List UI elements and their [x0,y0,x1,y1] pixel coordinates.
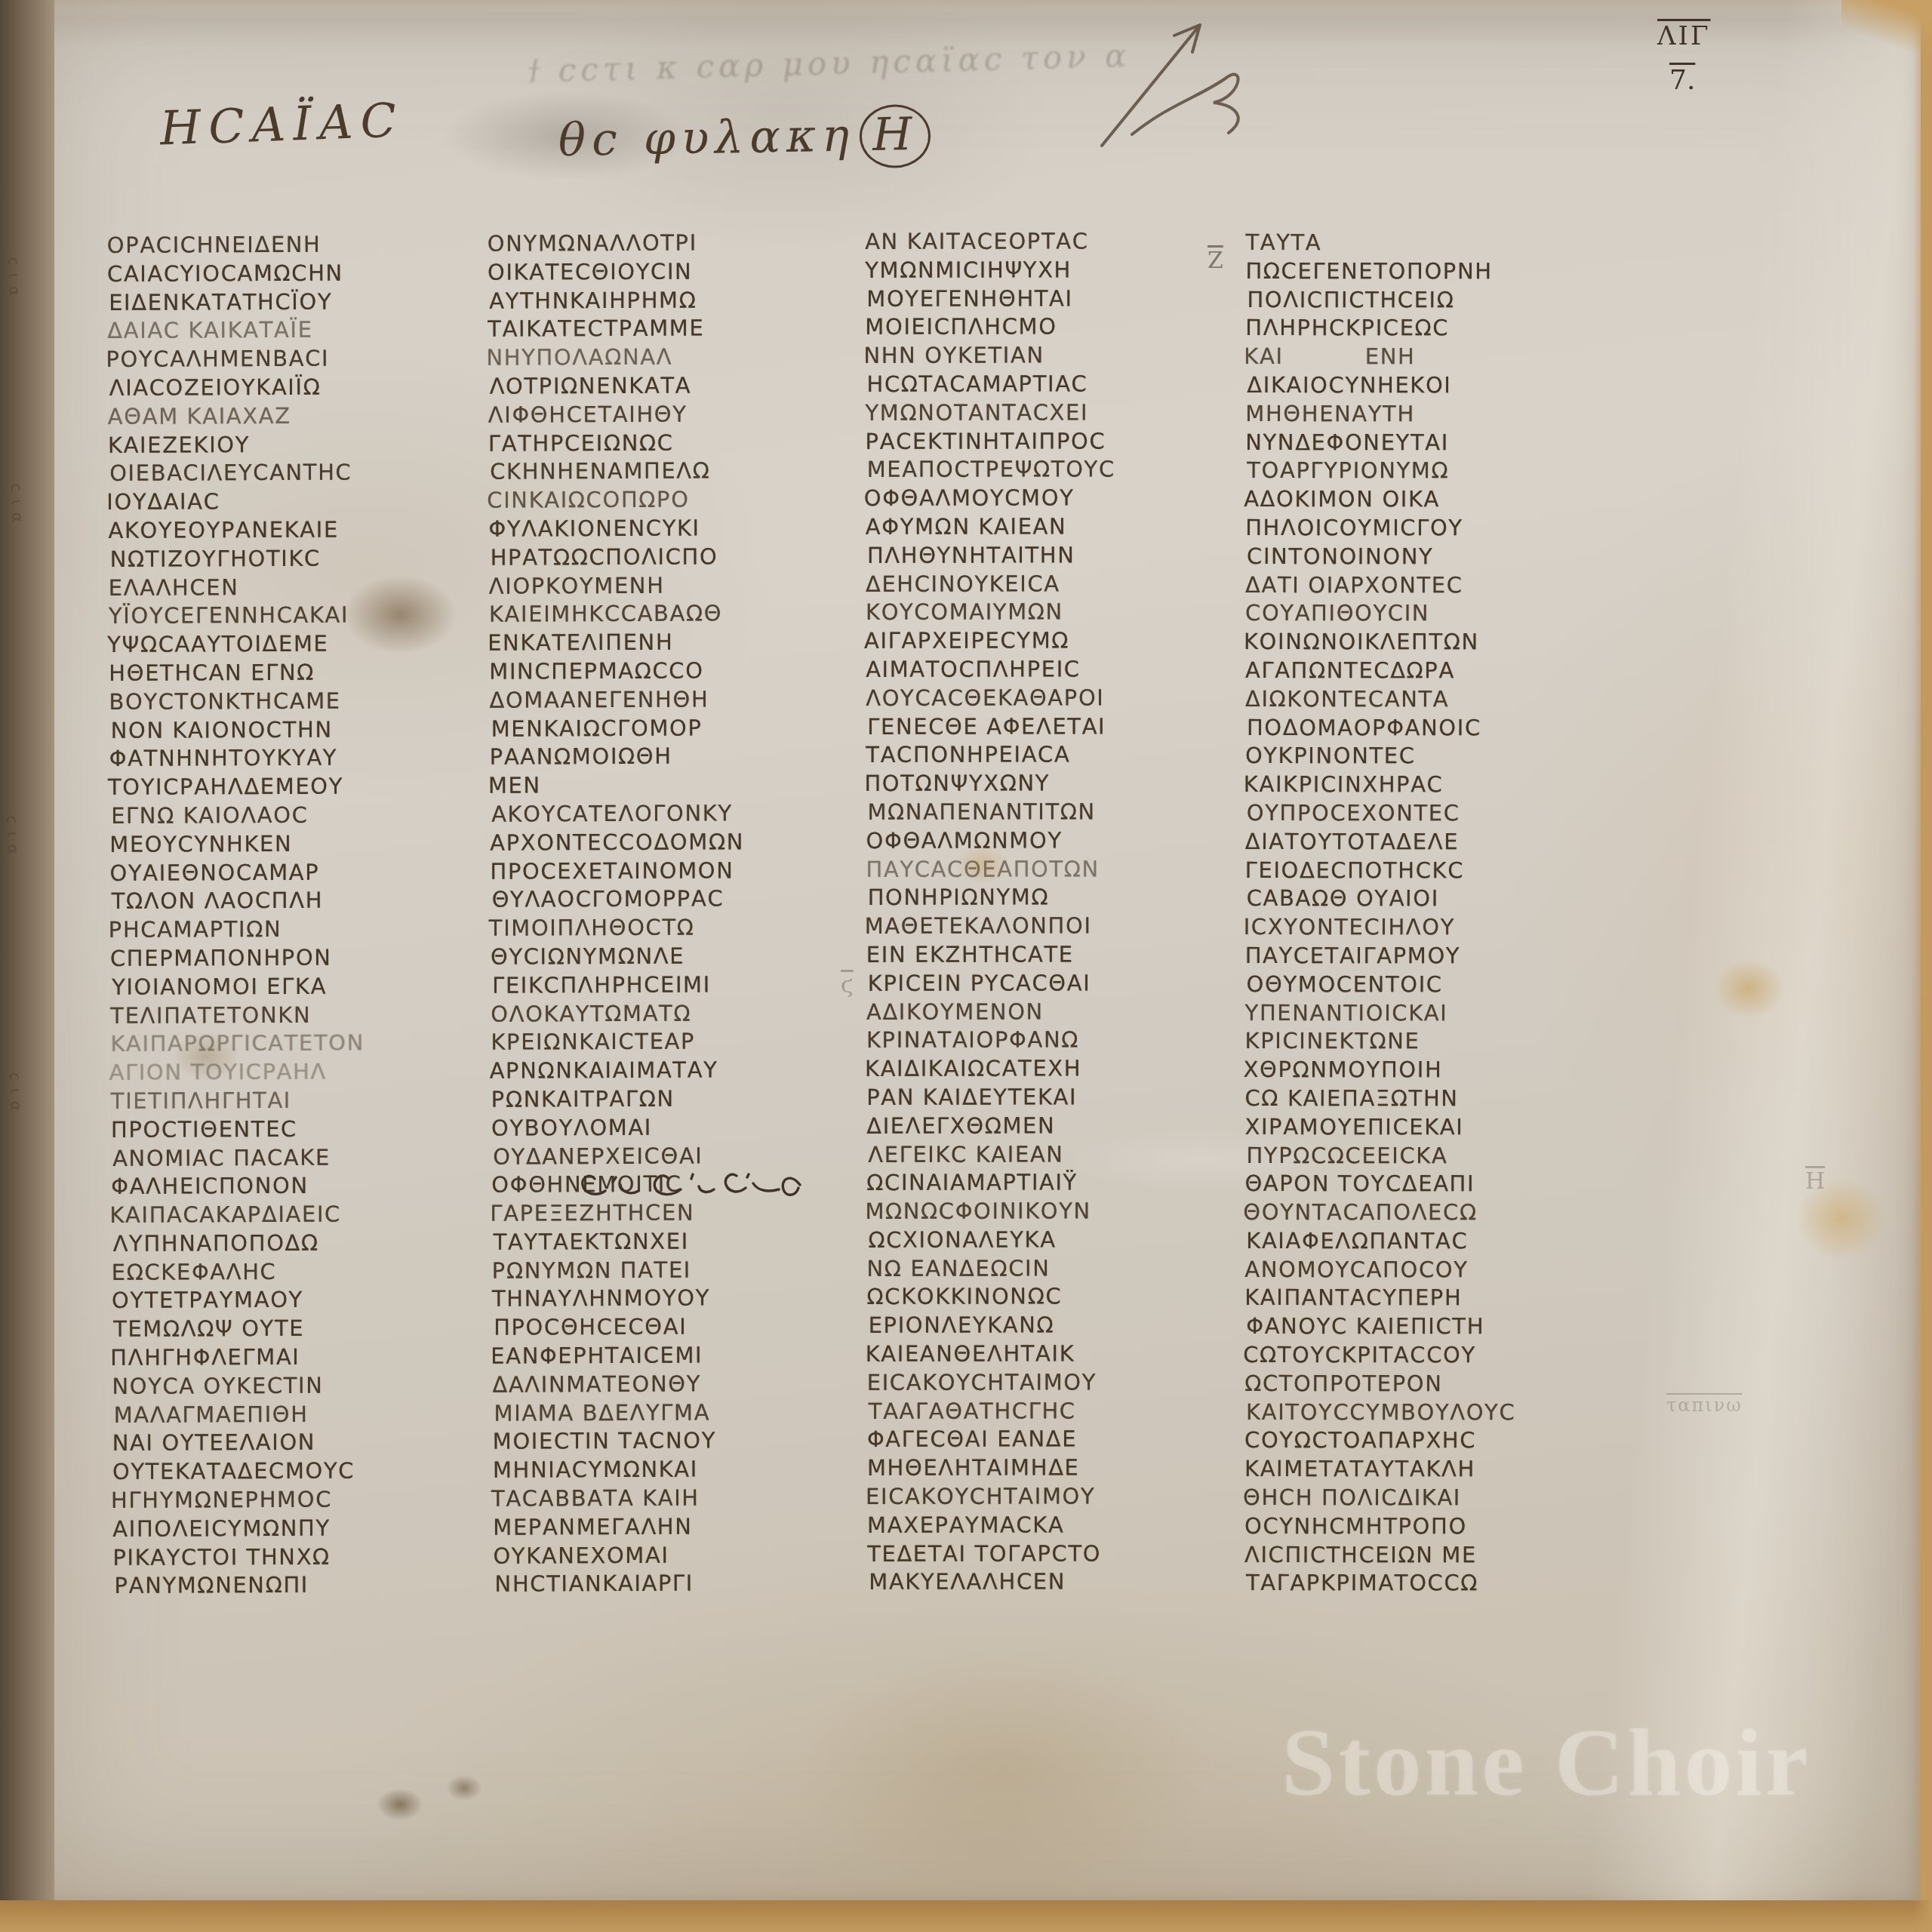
text-line: ΜΗΘΗΕΝΑΥΤΗ [1245,400,1623,429]
text-line: ϹΩ ΚΑΙΕΠΑΞΩΤΗΝ [1244,1084,1622,1113]
text-line: ΜΗΘΕΛΗΤΑΙΜΗΔΕ [867,1454,1244,1483]
text-line: ΟΛΟΚΑΥΤΩΜΑΤΩ [491,998,868,1029]
text-line: ΑΘΑΜ ΚΑΙΑΧΑΖ [108,401,485,432]
text-line: ΝΩ ΕΑΝΔΕΩϹΙΝ [866,1254,1244,1284]
text-line: ΗϹΩΤΑϹΑΜΑΡΤΙΑϹ [866,370,1244,399]
text-line: ΠΟΔΟΜΑΟΡΦΑΝΟΙϹ [1247,714,1624,743]
text-line: ΚΑΙΑΦΕΛΩΠΑΝΤΑϹ [1246,1227,1623,1256]
text-line: ΔΙΑΤΟΥΤΟΤΑΔΕΛΕ [1245,828,1623,857]
text-line: ΛΟΥϹΑϹΘΕΚΑΘΑΡΟΙ [866,684,1243,713]
text-line: ΑΙΠΟΛΕΙϹΥΜΩΝΠΥ [112,1514,490,1544]
text-line: ΟΥΚΡΙΝΟΝΤΕϹ [1245,742,1623,771]
text-line: ΜΩΝΩϹΦΟΙΝΙΚΟΥΝ [865,1197,1242,1226]
text-line: ΚΑΙΠΑΡΩΡΓΙϹΑΤΕΤΟΝ [110,1029,488,1059]
text-line: ΝΩΤΙΖΟΥΓΗΟΤΙΚϹ [110,544,488,574]
text-line: ΕΝΚΑΤΕΛΙΠΕΝΗ [488,628,865,658]
text-line: ΥΠΕΝΑΝΤΙΟΙϹΚΑΙ [1245,999,1623,1028]
text-line: ΚΑΙΕΖΕΚΙΟΥ [108,429,485,460]
text-line: ΑΝ ΚΑΙΤΑϹΕΟΡΤΑϹ [865,227,1242,257]
text-line: ΡΗϹΑΜΑΡΤΙΩΝ [109,915,486,945]
text-line: ΠΗΛΟΙϹΟΥΜΙϹΓΟΥ [1245,514,1623,543]
text-line: ΠΟΝΗΡΙΩΝΥΜΩ [868,883,1245,912]
text-line: ΡΩΝΥΜΩΝ ΠΑΤΕΙ [492,1255,869,1285]
text-line: ΜΟΙΕϹΤΙΝ ΤΑϹΝΟΥ [493,1426,870,1457]
text-line: ΚΟΥϹΟΜΑΙΥΜΩΝ [866,598,1243,627]
text-line: ϹΩΤΟΥϹΚΡΙΤΑϹϹΟΥ [1243,1341,1620,1370]
text-line: ΤΙΕΤΙΠΛΗΓΗΤΑΙ [111,1086,488,1116]
text-line: ΤΟΑΡΓΥΡΙΟΝΥΜΩ [1247,457,1624,485]
text-line: ΝΗΥΠΟΛΑΩΝΑΛ [486,343,863,373]
text-line: ΝΥΝΔΕΦΟΝΕΥΤΑΙ [1245,429,1623,457]
text-line: ΚΑΙ ΕΝΗ [1244,343,1621,371]
arabic-gloss [560,1162,809,1204]
stone-choir-watermark: Stone Choir [1281,1707,1811,1818]
text-column-2: ΟΝΥΜΩΝΑΛΛΟΤΡΙΟΙΚΑΤΕϹΘΙΟΥϹΙΝΑΥΤΗΝΚΑΙΗΡΗΜΩ… [488,229,871,1599]
text-line: ΔΙΚΑΙΟϹΥΝΗΕΚΟΙ [1247,371,1624,400]
text-line: ΛΙϹΠΙϹΤΗϹΕΙΩΝ ΜΕ [1244,1541,1622,1570]
text-line: ΔΕΗϹΙΝΟΥΚΕΙϹΑ [866,570,1243,599]
text-line: ΜΙΑΜΑ ΒΔΕΛΥΓΜΑ [494,1398,872,1428]
text-line: ΠΑΥϹΕΤΑΙΓΑΡΜΟΥ [1245,942,1623,971]
text-line: ΔΑΤΙ ΟΙΑΡΧΟΝΤΕϹ [1245,571,1623,600]
text-line: ΗΘΕΤΗϹΑΝ ΕΓΝΩ [109,658,486,688]
text-line: ΤΕΛΙΠΑΤΕΤΟΝΚΝ [110,1000,488,1030]
text-line: ΟϹΥΝΗϹΜΗΤΡΟΠΟ [1244,1512,1622,1541]
text-line: ΘΗϹΗ ΠΟΛΙϹΔΙΚΑΙ [1243,1484,1620,1512]
text-line: ΦΑΛΗΕΙϹΠΟΝΟΝ [111,1171,488,1201]
text-line: ΛΙΦΘΗϹΕΤΑΙΗΘΥ [488,399,866,429]
text-line: ϹΚΗΝΗΕΝΑΜΠΕΛΩ [490,457,867,487]
text-line: ΑΚΟΥΕΟΥΡΑΝΕΚΑΙΕ [108,515,485,546]
text-line: ΦΑΝΟΥϹ ΚΑΙΕΠΙϹΤΗ [1246,1312,1623,1341]
text-line: ΧΙΡΑΜΟΥΕΠΙϹΕΚΑΙ [1244,1113,1622,1142]
text-line: ΦΥΛΑΚΙΟΝΕΝϹΥΚΙ [488,514,866,544]
text-line: ΤΑΓΑΡΚΡΙΜΑΤΟϹϹΩ [1246,1570,1623,1598]
text-line: ΤΑϹΠΟΝΗΡΕΙΑϹΑ [866,740,1243,770]
text-line: ΔΑΙΑϹ ΚΑΙΚΑΤΑΪΕ [107,315,485,346]
text-line: ΟΥΤΕΚΑΤΑΔΕϹΜΟΥϹ [112,1457,490,1487]
text-line: ΟΦΘΑΛΜΩΝΜΟΥ [866,826,1243,856]
text-line: ΜΑΚΥΕΛΑΛΗϹΕΝ [869,1567,1246,1597]
text-line: ΚΡΙϹΕΙΝ ΡΥϹΑϹΘΑΙ [868,969,1245,998]
text-line: ΚΑΙΠΑϹΑΚΑΡΔΙΑΕΙϹ [109,1200,487,1230]
text-line: ΓΑΤΗΡϹΕΙΩΝΩϹ [488,428,866,458]
text-line: ΠΟΤΩΝΨΥΧΩΝΥ [864,769,1241,798]
text-block: ΟΡΑϹΙϹΗΝΕΙΔΕΝΗϹΑΙΑϹΥΙΟϹΑΜΩϹΗΝΕΙΔΕΝΚΑΤΑΤΗ… [0,0,1932,1932]
text-line: ΠΡΟϹΕΧΕΤΑΙΝΟΜΟΝ [490,856,867,886]
text-line: ΠΛΗΘΥΝΗΤΑΙΤΗΝ [867,541,1244,571]
text-line: ϹΑΙΑϹΥΙΟϹΑΜΩϹΗΝ [107,259,485,289]
text-line: ΤΩΛΟΝ ΛΑΟϹΠΛΗ [112,886,489,916]
text-line: ΟΥΤΕΤΡΑΥΜΑΟΥ [112,1285,489,1315]
text-line: ϹΠΕΡΜΑΠΟΝΗΡΟΝ [110,943,488,974]
text-line: ΟΘΥΜΟϹΕΝΤΟΙϹ [1247,971,1624,999]
text-line: ΘΑΡΟΝ ΤΟΥϹΔΕΑΠΙ [1244,1170,1622,1198]
text-line: ΕΓΝΩ ΚΑΙΟΛΑΟϹ [111,801,488,831]
text-line: ΜΕΝΚΑΙΩϹΓΟΜΟΡ [491,713,869,743]
text-line: ΟΡΑϹΙϹΗΝΕΙΔΕΝΗ [107,230,485,260]
page-edge-right [1914,0,1932,1932]
text-line: ΜΟΥΕΓΕΝΗΘΗΤΑΙ [866,285,1244,314]
text-line: ΡΑΑΝΩΜΟΙΩΘΗ [490,742,867,772]
text-line: ΑΡΧΟΝΤΕϹϹΟΔΟΜΩΝ [490,827,867,857]
text-line: ΩϹΙΝΑΙΑΜΑΡΤΙΑΙΫ [866,1168,1244,1198]
text-line: ΠΡΟϹΘΗϹΕϹΘΑΙ [494,1312,871,1343]
text-line: ΜΙΝϹΠΕΡΜΑΩϹϹΟ [489,657,866,687]
text-line: ΟΥΒΟΥΛΟΜΑΙ [491,1112,869,1143]
text-line: ΠΩϹΕΓΕΝΕΤΟΠΟΡΝΗ [1245,257,1623,286]
text-line: ΩϹΚΟΚΚΙΝΟΝΩϹ [867,1283,1244,1312]
text-line: ΤΑΥΤΑΕΚΤΩΝΧΕΙ [494,1226,871,1257]
text-line: ΥΙΟΙΑΝΟΜΟΙ ΕΓΚΑ [112,971,489,1001]
text-line: ϹΟΥΩϹΤΟΑΠΑΡΧΗϹ [1244,1427,1622,1456]
text-line: ΚΟΙΝΩΝΟΙΚΛΕΠΤΩΝ [1244,628,1621,657]
text-line: ΤΟΥΙϹΡΑΗΛΔΕΜΕΟΥ [108,772,485,802]
text-line: ΤΗΝΑΥΛΗΝΜΟΥΟΥ [492,1284,869,1314]
text-line: ΤΑϹΑΒΒΑΤΑ ΚΑΙΗ [491,1484,869,1514]
text-line: ΘΥϹΙΩΝΥΜΩΝΛΕ [491,941,868,971]
text-line: ΚΑΙΠΑΝΤΑϹΥΠΕΡΗ [1244,1284,1622,1313]
text-line: ΝΟΥϹΑ ΟΥΚΕϹΤΙΝ [112,1371,489,1401]
text-line: ΜΕΡΑΝΜΕΓΑΛΗΝ [493,1512,870,1542]
text-column-3: ΑΝ ΚΑΙΤΑϹΕΟΡΤΑϹΥΜΩΝΜΙϹΙΗΨΥΧΗΜΟΥΕΓΕΝΗΘΗΤΑ… [865,227,1244,1597]
text-line: ΑΓΑΠΩΝΤΕϹΔΩΡΑ [1245,657,1623,685]
text-line: ΑΝΟΜΙΑϹ ΠΑϹΑΚΕ [112,1143,490,1173]
text-line: ΟΝΥΜΩΝΑΛΛΟΤΡΙ [488,229,865,259]
text-line: ΚΑΙΔΙΚΑΙΩϹΑΤΕΧΗ [865,1054,1242,1084]
text-line: ΜΩΝΑΠΕΝΑΝΤΙΤΩΝ [867,798,1244,827]
text-line: ΜΑΛΑΓΜΑΕΠΙΘΗ [114,1399,491,1429]
text-line: ΟΦΘΑΛΜΟΥϹΜΟΥ [864,484,1241,513]
text-line: ΤΕΜΩΛΩΨ ΟΥΤΕ [113,1314,491,1344]
text-line: ΜΕΟΥϹΥΝΗΚΕΝ [109,829,487,860]
text-line: ΔΟΜΑΑΝΕΓΕΝΗΘΗ [489,685,866,715]
manuscript-photo: ϲ ι α ϲ ι α ϲ ι α ϲ ι α ϯ ϲϲτι κ ϲαρ μου… [0,0,1932,1932]
text-line: ΕΙΔΕΝΚΑΤΑΤΗϹΪΟΥ [109,287,486,317]
text-line: ΕΙϹΑΚΟΥϹΗΤΑΙΜΟΥ [867,1368,1244,1398]
text-line: ϹΙΝΚΑΙΩϹΟΠΩΡΟ [487,485,864,515]
text-line: ΑΦΥΜΩΝ ΚΑΙΕΑΝ [866,512,1243,542]
text-line: ΛΙΑϹΟΖΕΙΟΥΚΑΙΪΩ [109,373,487,403]
text-column-1: ΟΡΑϹΙϹΗΝΕΙΔΕΝΗϹΑΙΑϹΥΙΟϹΑΜΩϹΗΝΕΙΔΕΝΚΑΤΑΤΗ… [107,230,491,1601]
text-line: ΚΑΙΕΙΜΗΚϹϹΑΒΑΩΘ [489,599,866,629]
text-line: ΡΩΝΚΑΙΤΡΑΓΩΝ [491,1084,869,1114]
text-line: ΓΕΙΚϹΠΛΗΡΗϹΕΙΜΙ [492,970,869,1000]
text-line: ΚΑΙΜΕΤΑΤΑΥΤΑΚΛΗ [1244,1455,1622,1484]
text-line: ΛΕΓΕΙΚϹ ΚΑΙΕΑΝ [868,1140,1245,1170]
text-line: ΠΡΟϹΤΙΘΕΝΤΕϹ [111,1114,488,1144]
text-line: ΧΘΡΩΝΜΟΥΠΟΙΗ [1244,1056,1621,1084]
text-line: ΕΡΙΟΝΛΕΥΚΑΝΩ [869,1311,1246,1340]
text-line: ϹΑΒΑΩΘ ΟΥΑΙΟΙ [1247,884,1624,913]
text-line: ΤΑΑΓΑΘΑΤΗϹΓΗϹ [869,1397,1246,1426]
text-line: ΠΛΗΓΗΦΛΕΓΜΑΙ [110,1343,488,1373]
text-line: ΜΑΘΕΤΕΚΑΛΟΝΠΟΙ [865,912,1242,941]
text-line: ΛΟΤΡΙΩΝΕΝΚΑΤΑ [490,371,867,401]
text-line: ϹΙΝΤΟΝΟΙΝΟΝΥ [1247,543,1624,571]
text-line: ΡΑϹΕΚΤΙΝΗΤΑΙΠΡΟϹ [866,427,1243,457]
text-line: ΟΥΠΡΟϹΕΧΟΝΤΕϹ [1247,799,1624,828]
text-line: ΑΔΙΚΟΥΜΕΝΟΝ [866,998,1244,1027]
text-line: ΕΙϹΑΚΟΥϹΗΤΑΙΜΟΥ [866,1482,1243,1512]
text-line: ΕΙΝ ΕΚΖΗΤΗϹΑΤΕ [866,940,1244,970]
text-line: ΜΕΑΠΟϹΤΡΕΨΩΤΟΥϹ [867,455,1244,485]
text-line: ΥΜΩΝΟΤΑΝΤΑϹΧΕΙ [866,398,1243,428]
text-line: ΜΗΝΙΑϹΥΜΩΝΚΑΙ [493,1455,870,1485]
text-line: ΚΡΙϹΙΝΕΚΤΩΝΕ [1245,1027,1623,1056]
text-line: ΠΟΛΙϹΠΙϹΤΗϹΕΙΩ [1247,286,1624,315]
text-line: ΠΛΗΡΗϹΚΡΙϹΕΩϹ [1245,314,1623,343]
text-line: ΥΨΩϹΑΑΥΤΟΙΔΕΜΕ [107,629,485,660]
text-line: ΑΝΟΜΟΥϹΑΠΟϹΟΥ [1244,1256,1622,1284]
book-board-bottom [0,1900,1932,1932]
text-line: ΓΕΙΟΔΕϹΠΟΤΗϹΚϹ [1245,857,1623,885]
text-line: ΜΟΙΕΙϹΠΛΗϹΜΟ [865,312,1242,342]
text-line: ΔΙΕΛΕΓΧΘΩΜΕΝ [866,1112,1244,1141]
text-line: ΑΓΙΟΝ ΤΟΥΙϹΡΑΗΛ [109,1057,487,1088]
text-line: ΡΙΚΑΥϹΤΟΙ ΤΗΝΧΩ [112,1542,490,1572]
text-line: ΦΑΤΝΗΝΗΤΟΥΚΥΑΥ [109,743,487,774]
text-line: ΑΥΤΗΝΚΑΙΗΡΗΜΩ [489,285,866,315]
text-line: ΗΓΗΥΜΩΝΕΡΗΜΟϹ [111,1485,488,1515]
text-line: ΑΙΓΑΡΧΕΙΡΕϹΥΜΩ [864,626,1241,656]
text-line: ΤΑΙΚΑΤΕϹΤΡΑΜΜΕ [488,314,865,344]
text-line: ΒΟΥϹΤΟΝΚΤΗϹΑΜΕ [109,687,486,717]
text-line: ΝΑΙ ΟΥΤΕΕΛΑΙΟΝ [112,1428,490,1458]
text-line: ΡΟΥϹΑΛΗΜΕΝΒΑϹΙ [106,344,483,374]
text-line: ΠΥΡΩϹΩϹΕΕΙϹΚΑ [1246,1142,1623,1171]
text-line: ΕΩϹΚΕΦΑΛΗϹ [112,1257,489,1287]
text-line: ΟΙΚΑΤΕϹΘΙΟΥϹΙΝ [488,257,865,287]
text-line: ΡΑΝΥΜΩΝΕΝΩΠΙ [114,1571,491,1601]
text-line: ΦΑΓΕϹΘΑΙ ΕΑΝΔΕ [867,1426,1244,1455]
text-line: ΔΙΩΚΟΝΤΕϹΑΝΤΑ [1245,685,1623,714]
text-line: ΛΥΠΗΝΑΠΟΠΟΔΩ [113,1229,491,1259]
text-line: ΥΪΟΥϹΕΓΕΝΝΗϹΑΚΑΙ [109,601,486,631]
text-line: ΔΑΛΙΝΜΑΤΕΟΝΘΥ [492,1369,869,1399]
text-line: ΓΕΝΕϹΘΕ ΑΦΕΛΕΤΑΙ [867,712,1244,742]
text-line: ΥΜΩΝΜΙϹΙΗΨΥΧΗ [865,256,1242,285]
text-line: ΟΥΚΑΝΕΧΟΜΑΙ [493,1540,870,1571]
text-line: ΑΡΝΩΝΚΑΙΑΙΜΑΤΑΥ [490,1056,867,1086]
text-line: ΝΟΝ ΚΑΙΟΝΟϹΤΗΝ [111,715,488,745]
text-line: ΑΙΜΑΤΟϹΠΛΗΡΕΙϹ [866,655,1243,685]
text-line: ϹΟΥΑΠΙΘΟΥϹΙΝ [1245,599,1623,628]
text-line: ΜΕΝ [488,771,866,801]
text-line: ΤΕΔΕΤΑΙ ΤΟΓΑΡϹΤΟ [867,1540,1244,1569]
text-line: ΝΗϹΤΙΑΝΚΑΙΑΡΓΙ [494,1569,872,1599]
text-line: ΚΑΙΤΟΥϹϹΥΜΒΟΥΛΟΥϹ [1246,1398,1623,1427]
text-line: ΘΟΥΝΤΑϹΑΠΟΛΕϹΩ [1243,1198,1620,1227]
text-line: ΗΡΑΤΩΩϹΠΟΛΙϹΠΟ [491,542,868,572]
text-line: ΕΛΑΛΗϹΕΝ [109,572,486,602]
text-line: ΑΚΟΥϹΑΤΕΛΟΓΟΝΚΥ [491,798,869,829]
text-line: ΟΙΕΒΑϹΙΛΕΥϹΑΝΤΗϹ [109,458,487,488]
text-line: ΠΑΥϹΑϹΘΕΑΠΟΤΩΝ [866,855,1244,884]
text-line: ΜΑΧΕΡΑΥΜΑϹΚΑ [867,1511,1244,1540]
text-line: ΝΗΝ ΟΥΚΕΤΙΑΝ [863,341,1241,371]
text-line: ΚΡΕΙΩΝΚΑΙϹΤΕΑΡ [491,1027,868,1057]
page-corner-topright [1841,0,1932,68]
text-line: ΟΥΑΙΕΘΝΟϹΑΜΑΡ [109,857,487,888]
text-line: ΩϹΧΙΟΝΑΛΕΥΚΑ [868,1226,1245,1255]
text-line: ΡΑΝ ΚΑΙΔΕΥΤΕΚΑΙ [866,1083,1244,1112]
text-line: ΤΑΥΤΑ [1245,229,1623,257]
text-line: ΙΟΥΔΑΙΑϹ [106,487,484,517]
text-line: ΙϹΧΥΟΝΤΕϹΙΗΛΟΥ [1244,913,1621,942]
text-line: ΩϹΤΟΠΡΟΤΕΡΟΝ [1244,1370,1622,1398]
text-line: ΚΑΙΕΑΝΘΕΛΗΤΑΙΚ [866,1340,1243,1369]
text-line: ΑΔΟΚΙΜΟΝ ΟΙΚΑ [1244,485,1621,514]
text-line: ΚΡΙΝΑΤΑΙΟΡΦΑΝΩ [866,1026,1244,1055]
text-line: ΛΙΟΡΚΟΥΜΕΝΗ [489,571,866,601]
text-line: ΤΙΜΟΙΠΛΗΘΟϹΤΩ [489,913,866,943]
text-line: ΚΑΙΚΡΙϹΙΝΧΗΡΑϹ [1244,771,1621,799]
text-line: ΘΥΛΑΟϹΓΟΜΟΡΡΑϹ [492,884,869,915]
text-line: ΕΑΝΦΕΡΗΤΑΙϹΕΜΙ [491,1341,868,1371]
text-column-4: ΤΑΥΤΑΠΩϹΕΓΕΝΕΤΟΠΟΡΝΗΠΟΛΙϹΠΙϹΤΗϹΕΙΩΠΛΗΡΗϹ… [1244,229,1623,1598]
